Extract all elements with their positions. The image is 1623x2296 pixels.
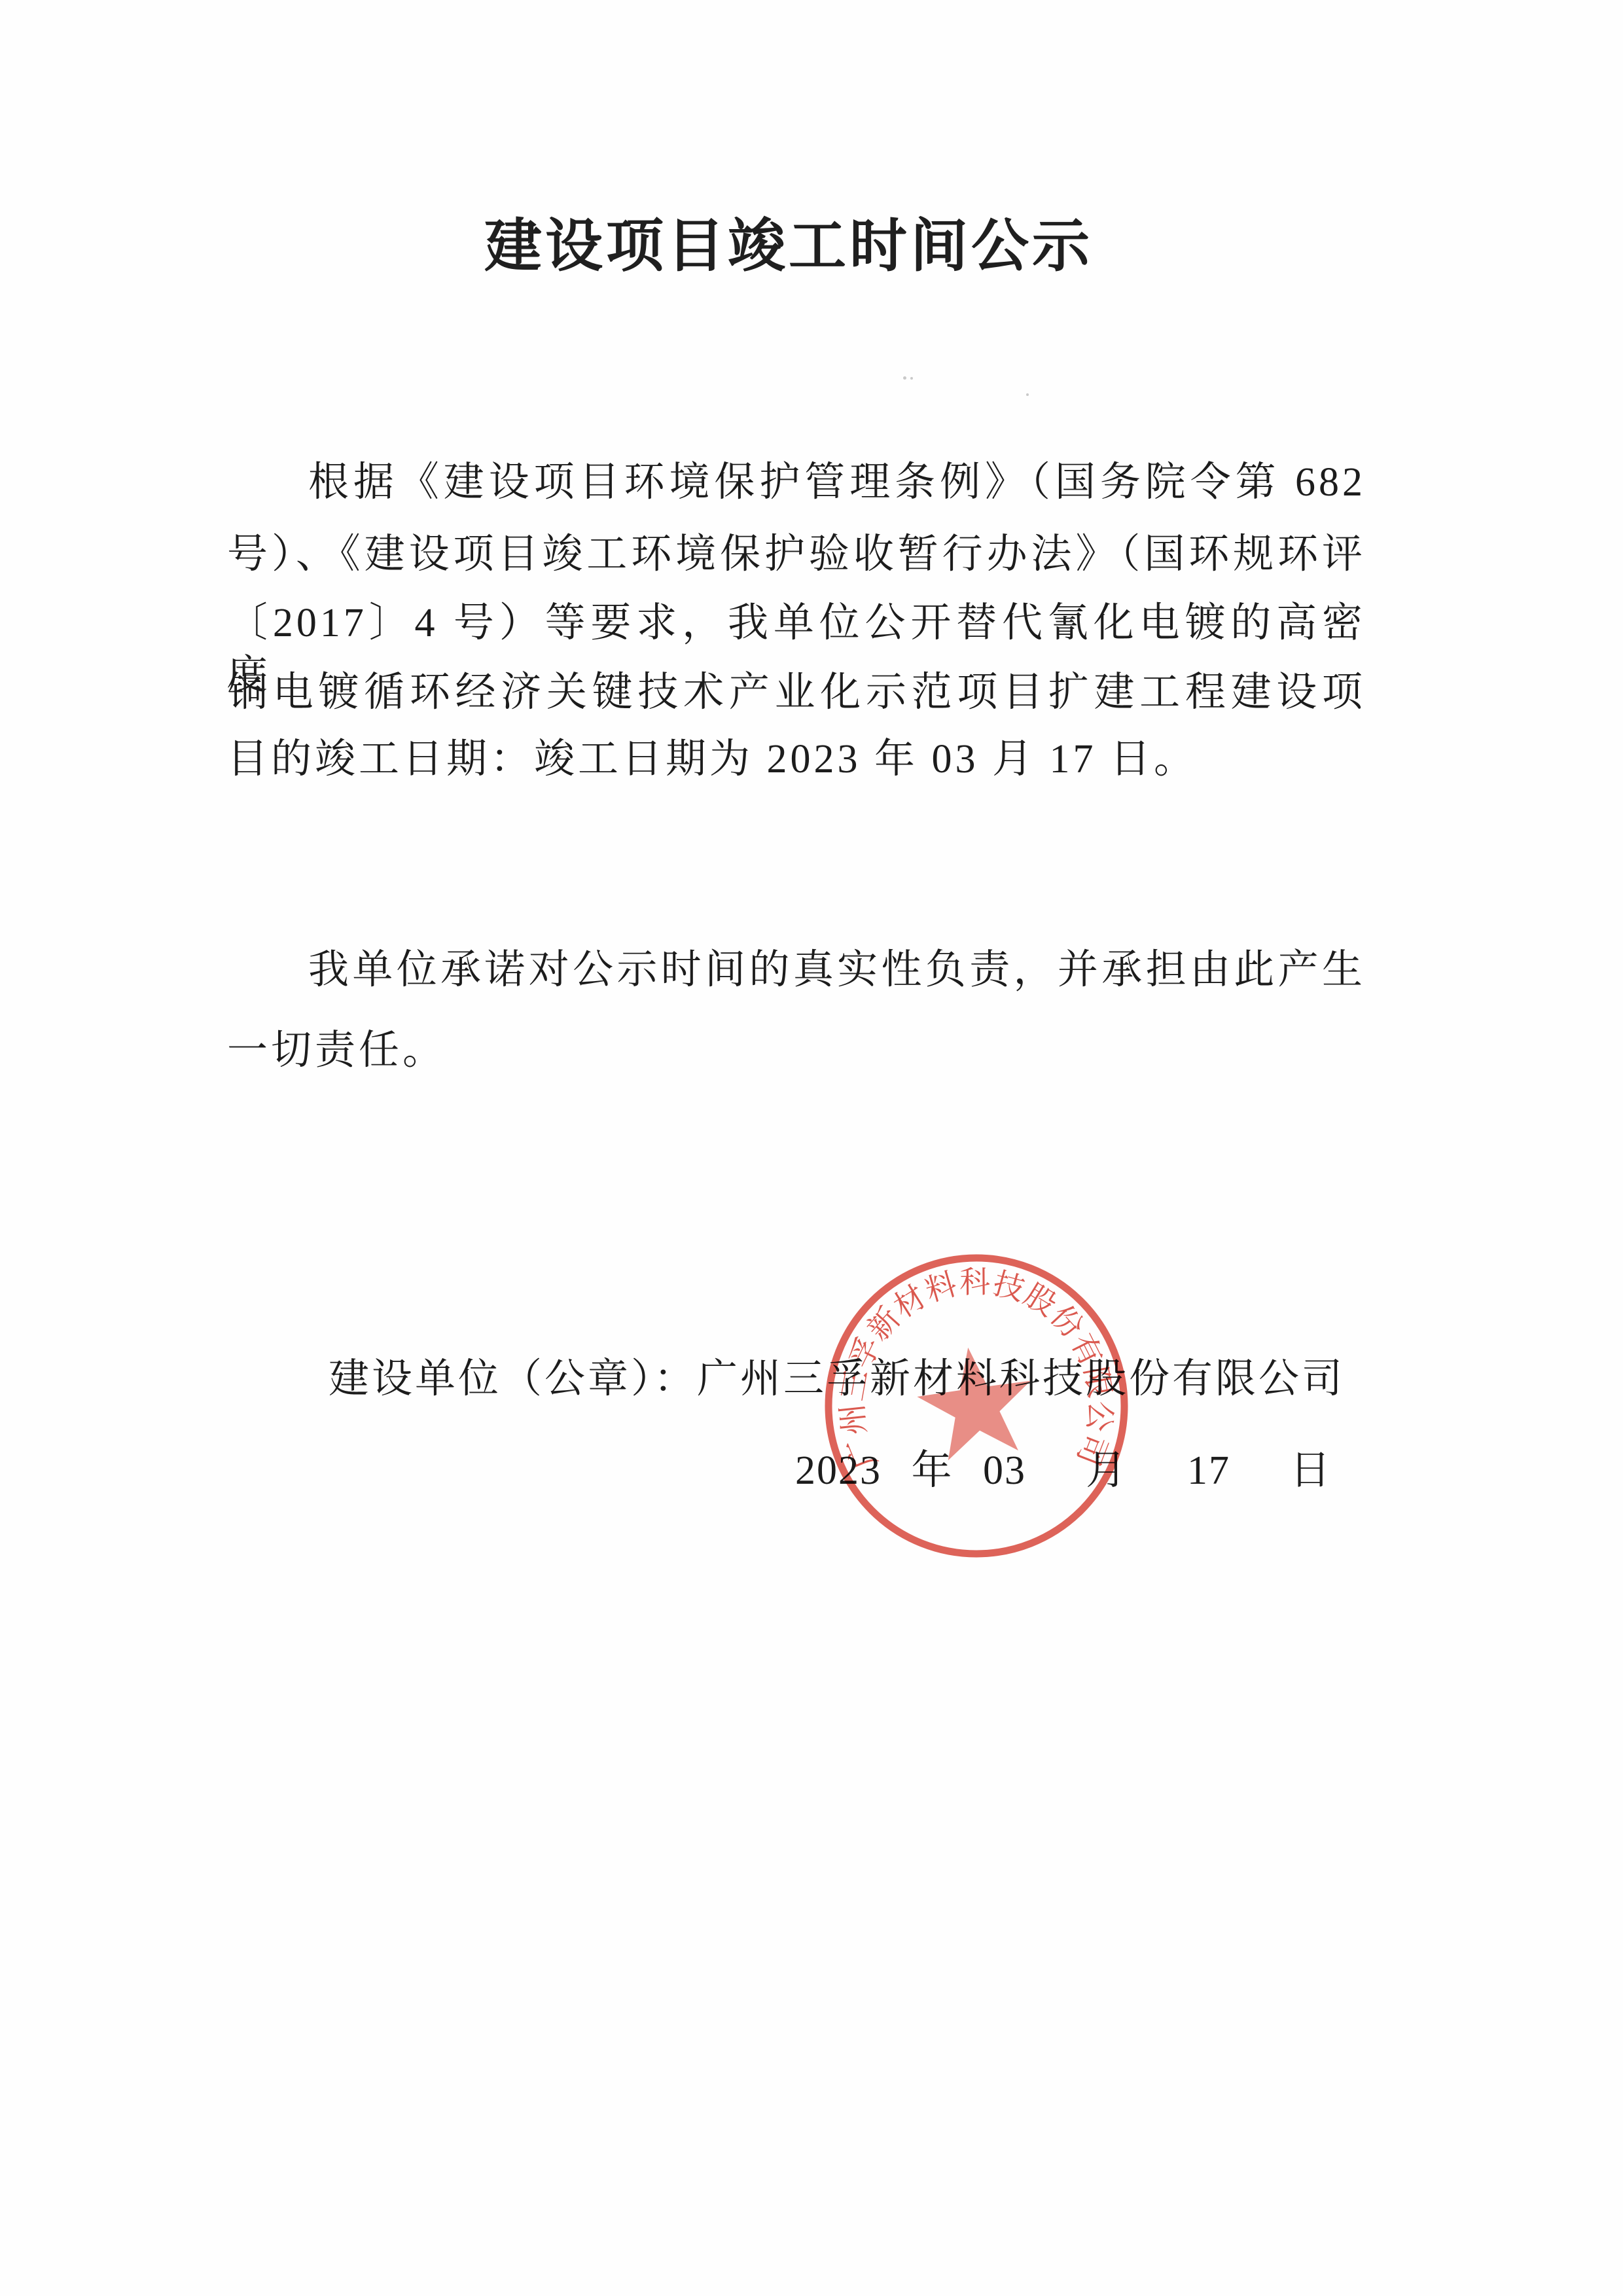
company-seal-stamp: 广州三孚新材料科技股份有限公司 — [819, 1249, 1133, 1563]
body-paragraph1-line5: 目的竣工日期：竣工日期为 2023 年 03 月 17 日。 — [227, 733, 1366, 785]
body-paragraph2-line1: 我单位承诺对公示时间的真实性负责，并承担由此产生 — [227, 944, 1366, 996]
document-page: { "title": "建设项目竣工时间公示", "body": { "para… — [0, 0, 1623, 2296]
body-paragraph1-line2: 号）、《建设项目竣工环境保护验收暂行办法》（国环规环评 — [227, 528, 1366, 581]
body-paragraph2-line2: 一切责任。 — [227, 1024, 1366, 1077]
scan-speck — [1026, 393, 1029, 396]
scan-speck — [903, 376, 906, 380]
body-paragraph1-line1: 根据《建设项目环境保护管理条例》（国务院令第 682 — [227, 456, 1366, 509]
seal-star-icon — [912, 1340, 1040, 1463]
body-paragraph1-line4: 铜电镀循环经济关键技术产业化示范项目扩建工程建设项 — [227, 666, 1366, 719]
page-title: 建设项目竣工时间公示 — [0, 200, 1577, 283]
scan-speck — [910, 377, 913, 380]
